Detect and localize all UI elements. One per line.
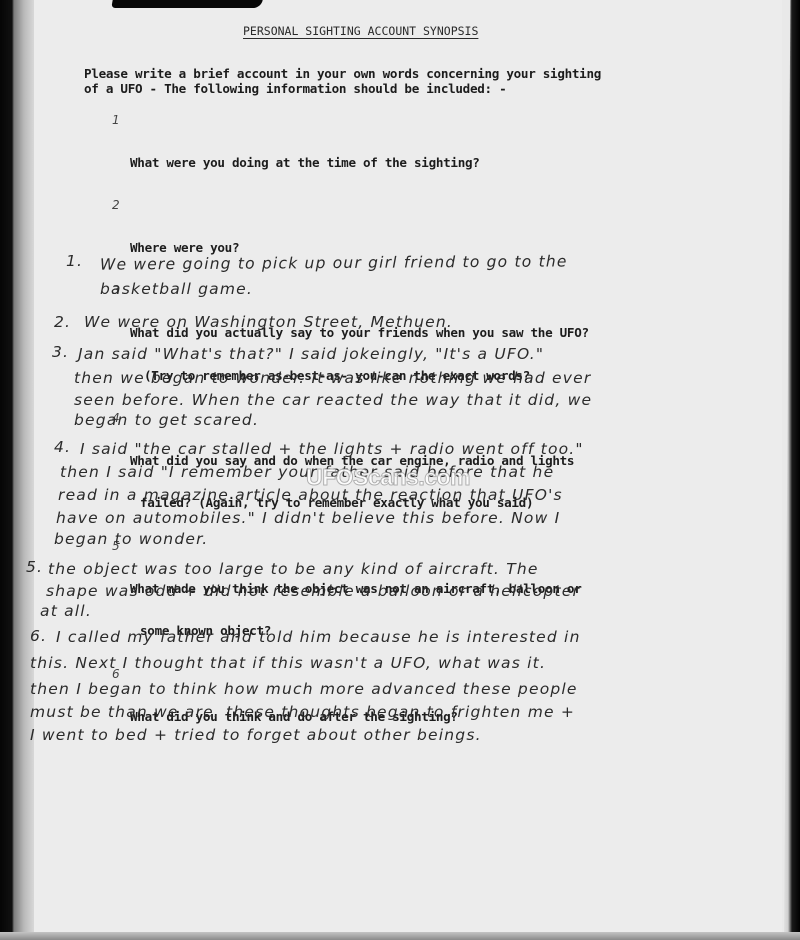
answer-number: 1.	[66, 252, 83, 270]
answer-line: I called my father and told him because …	[56, 628, 581, 646]
answer-line: then I said "I remember your father said…	[60, 463, 554, 481]
question-5: 5 What made you think the object was not…	[130, 539, 730, 667]
answer-line: must be than we are. these thoughts bega…	[30, 703, 575, 721]
instruction-line: Please write a brief account in your own…	[84, 67, 724, 82]
answer-line: have on automobiles." I didn't believe t…	[56, 509, 560, 527]
answer-line: the object was too large to be any kind …	[48, 560, 539, 578]
answer-line: We were going to pick up our girl friend…	[100, 252, 568, 273]
answer-number: 3.	[52, 343, 69, 361]
answer-line: I said "the car stalled + the lights + r…	[80, 440, 584, 458]
question-number: 2	[112, 198, 119, 212]
answer-line: began to wonder.	[54, 530, 208, 548]
left-scan-edge	[0, 0, 34, 940]
answer-number: 2.	[54, 313, 71, 331]
answer-line: basketball game.	[100, 280, 253, 298]
answer-number: 5.	[26, 558, 43, 576]
answer-line: I went to bed + tried to forget about ot…	[30, 726, 482, 744]
answer-line: then I began to think how much more adva…	[30, 680, 578, 698]
answer-line: seen before. When the car reacted the wa…	[74, 391, 592, 409]
answer-line: read in a magazine article about the rea…	[58, 486, 563, 504]
right-scan-edge	[784, 0, 800, 940]
scanned-document: PERSONAL SIGHTING ACCOUNT SYNOPSIS Pleas…	[0, 0, 800, 940]
answer-line: Jan said "What's that?" I said jokeingly…	[78, 345, 544, 363]
question-text: What were you doing at the time of the s…	[130, 156, 730, 170]
question-1: 1 What were you doing at the time of the…	[130, 113, 730, 198]
question-number: 1	[112, 113, 119, 127]
instruction-line: of a UFO - The following information sho…	[84, 82, 724, 97]
answer-line: began to get scared.	[74, 411, 259, 429]
answer-number: 4.	[54, 438, 71, 456]
answer-line: this. Next I thought that if this wasn't…	[30, 654, 546, 672]
instructions: Please write a brief account in your own…	[84, 67, 724, 96]
answer-number: 6.	[30, 627, 47, 645]
answer-line: at all.	[40, 602, 92, 620]
answer-line: shape was odd + did not resemble a ballo…	[46, 582, 580, 600]
bottom-scan-edge	[0, 932, 800, 940]
top-ink-blot	[111, 0, 262, 8]
answer-line: We were on Washington Street, Methuen.	[84, 313, 453, 331]
answer-line: then we began to wonder. It was like not…	[74, 369, 591, 387]
document-title: PERSONAL SIGHTING ACCOUNT SYNOPSIS	[243, 24, 478, 38]
